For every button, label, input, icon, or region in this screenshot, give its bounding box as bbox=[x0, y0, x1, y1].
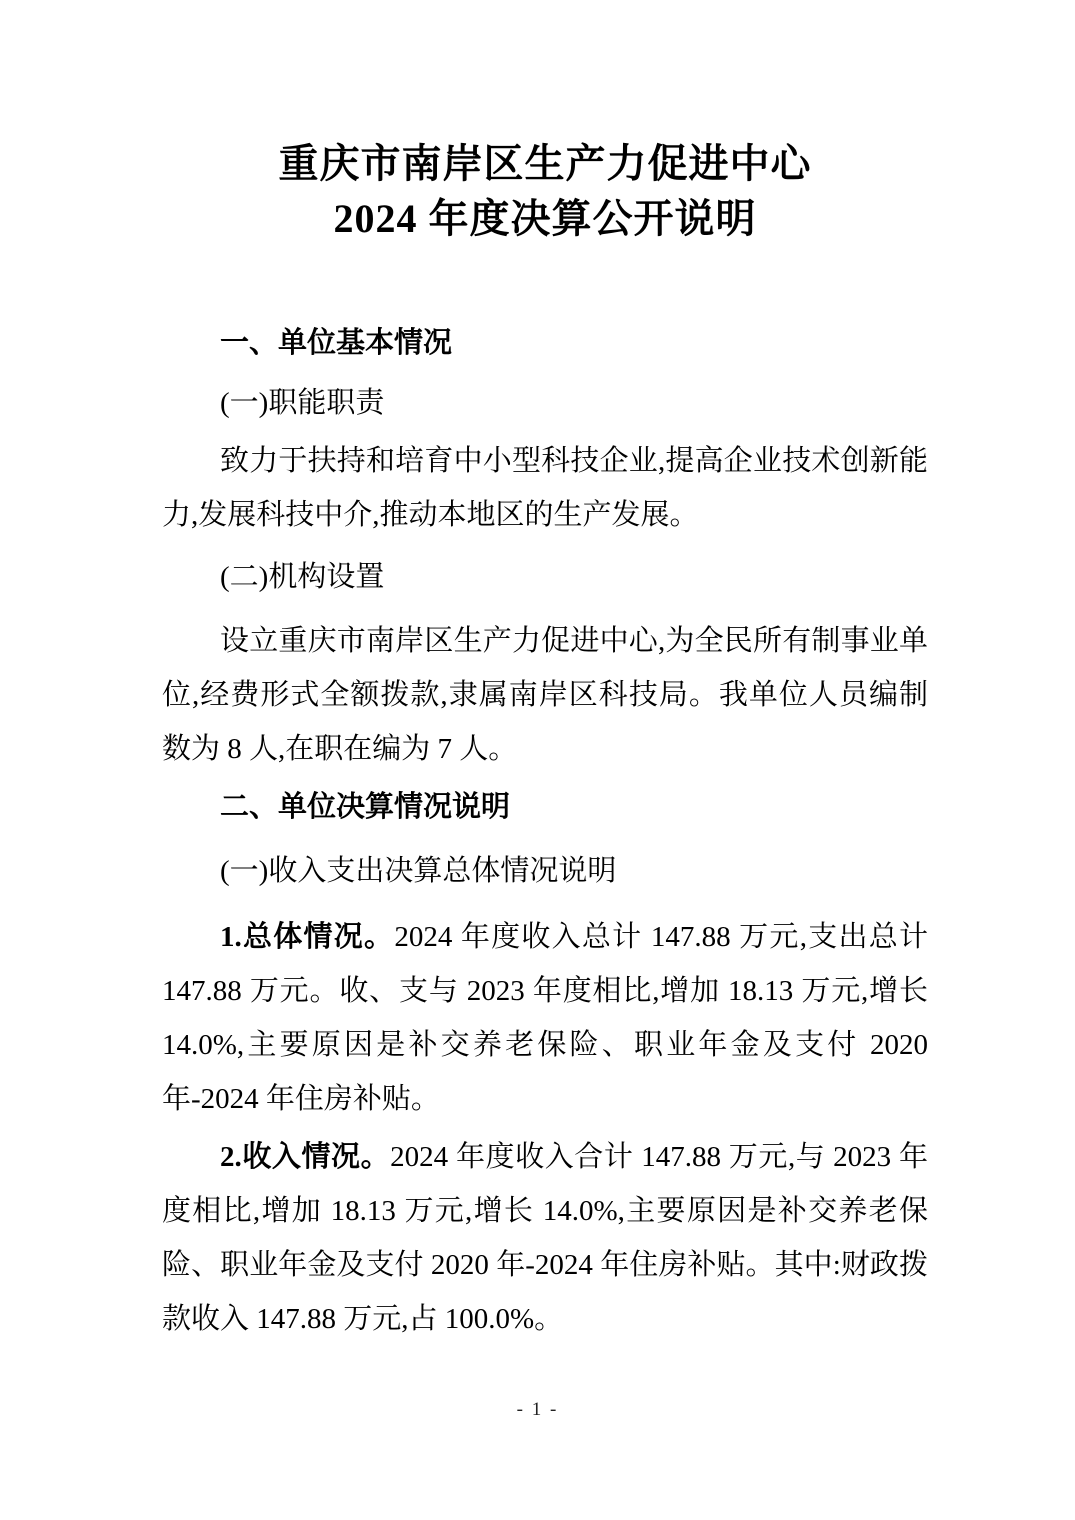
item-1-lead: 1.总体情况。 bbox=[220, 921, 394, 953]
document-content: 重庆市南岸区生产力促进中心 2024 年度决算公开说明 一、单位基本情况 (一)… bbox=[162, 0, 928, 1346]
section-2-sub-1-heading: (一)收入支出决算总体情况说明 bbox=[162, 844, 928, 898]
section-2-item-1-paragraph: 1.总体情况。2024 年度收入总计 147.88 万元,支出总计 147.88… bbox=[162, 910, 928, 1126]
section-1-heading: 一、单位基本情况 bbox=[162, 316, 928, 370]
page-number: - 1 - bbox=[0, 1398, 1075, 1422]
document-page: 重庆市南岸区生产力促进中心 2024 年度决算公开说明 一、单位基本情况 (一)… bbox=[0, 0, 1075, 1520]
section-1-sub-1-paragraph: 致力于扶持和培育中小型科技企业,提高企业技术创新能力,发展科技中介,推动本地区的… bbox=[162, 434, 928, 542]
document-title-line-2: 2024 年度决算公开说明 bbox=[162, 191, 928, 246]
section-1-sub-2-heading: (二)机构设置 bbox=[162, 550, 928, 604]
document-title: 重庆市南岸区生产力促进中心 2024 年度决算公开说明 bbox=[162, 136, 928, 246]
document-title-line-1: 重庆市南岸区生产力促进中心 bbox=[162, 136, 928, 191]
section-2-heading: 二、单位决算情况说明 bbox=[162, 780, 928, 834]
section-1-sub-1-heading: (一)职能职责 bbox=[162, 376, 928, 430]
section-2-item-2-paragraph: 2.收入情况。2024 年度收入合计 147.88 万元,与 2023 年度相比… bbox=[162, 1130, 928, 1346]
item-2-lead: 2.收入情况。 bbox=[220, 1141, 390, 1173]
section-1-sub-2-paragraph: 设立重庆市南岸区生产力促进中心,为全民所有制事业单位,经费形式全额拨款,隶属南岸… bbox=[162, 614, 928, 776]
